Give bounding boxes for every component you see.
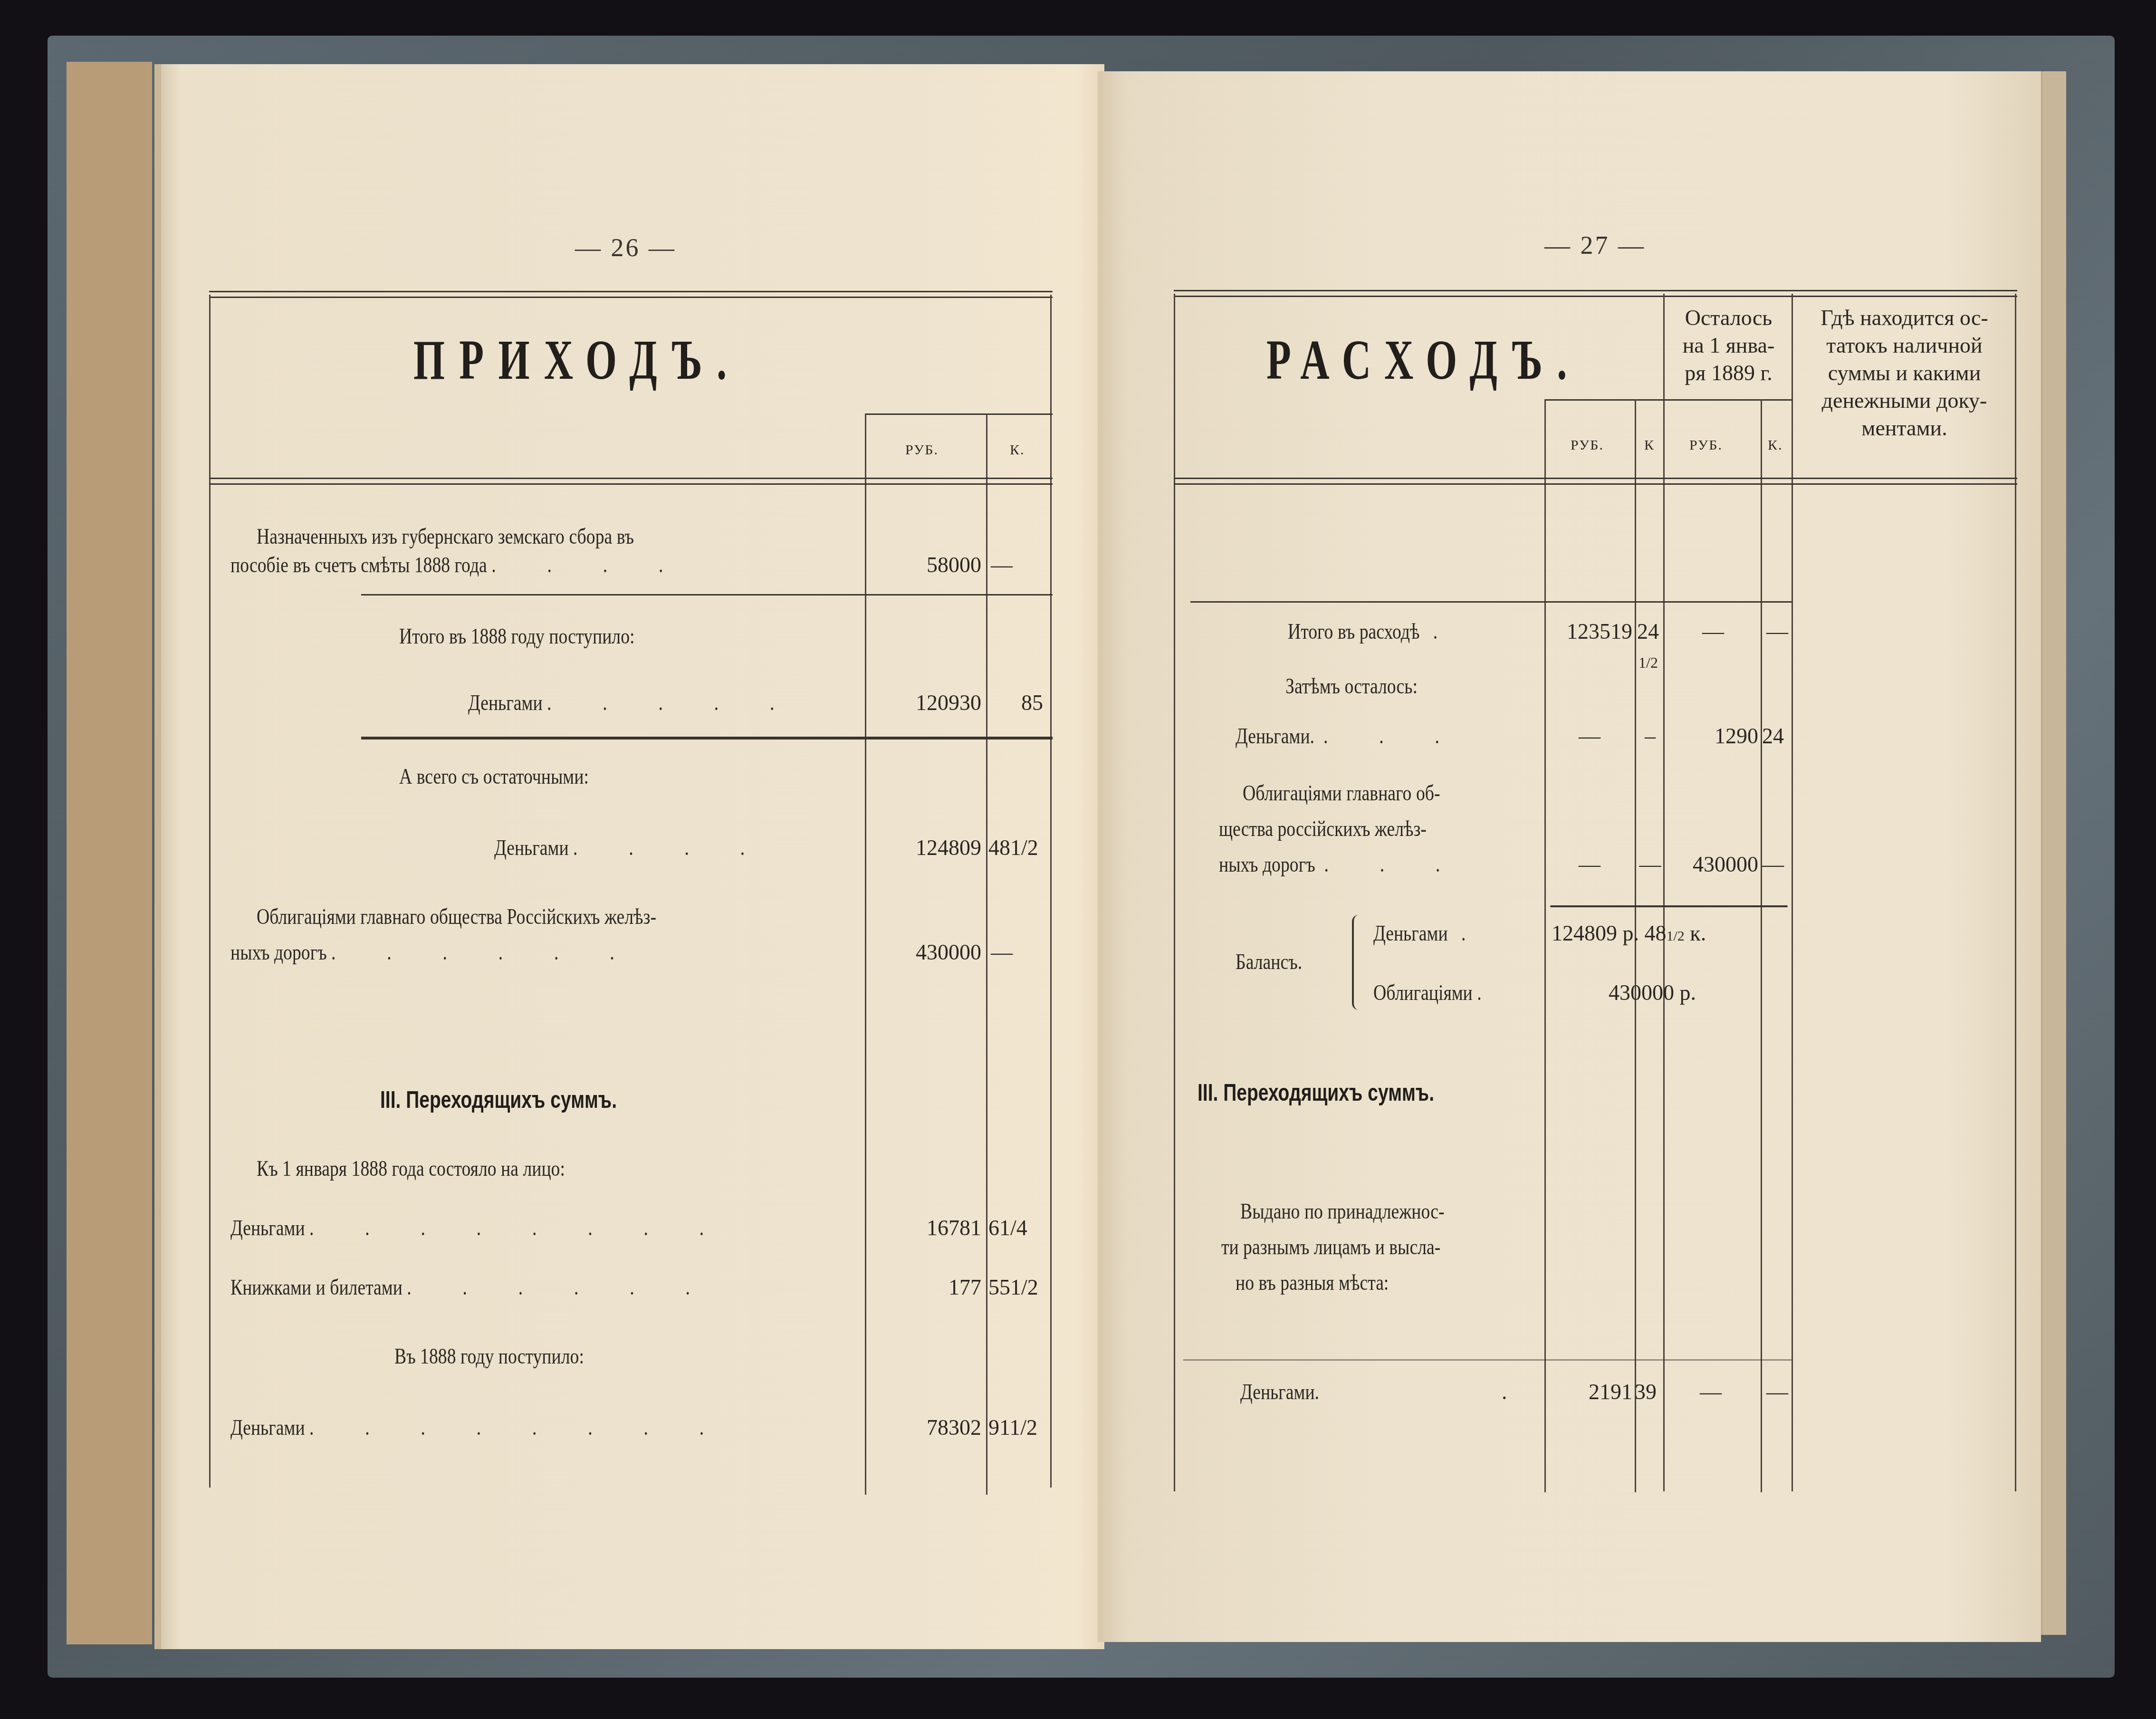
cell-rub: 16781 (870, 1214, 981, 1242)
cell-kop2: — (1763, 1378, 1792, 1406)
right-table-border-right (2015, 294, 2016, 1491)
cell-rub: — (1547, 722, 1632, 750)
left-table-top-rule (209, 291, 1053, 298)
page-number-left: — 26 — (575, 233, 676, 262)
balance-bonds-value: 430000 р. (1609, 979, 1696, 1007)
row-rule (1183, 1359, 1792, 1361)
remaining-header: Осталось на 1 янва- ря 1889 г. (1666, 304, 1792, 387)
row-rule (1190, 601, 1792, 603)
cell-kop2: — (1763, 618, 1792, 645)
row-text: Деньгами. (1240, 1378, 1319, 1406)
cell-rub: 430000 (870, 939, 981, 966)
left-col-kop-header: К. (1010, 442, 1025, 458)
row-text: щества россійскихъ желѣз- (1219, 815, 1427, 843)
row-text: Деньгами. . . . (1236, 722, 1463, 750)
section-heading: III. Переходящихъ суммъ. (380, 1086, 617, 1114)
endpaper (67, 62, 152, 1644)
cell-rub: — (1547, 851, 1632, 878)
page-edge (2041, 71, 2066, 1635)
row-text: Затѣмъ осталось: (1285, 672, 1418, 700)
cell-rub: 177 (870, 1274, 981, 1301)
cell-kop: — (991, 939, 1043, 966)
left-col-rub-divider (865, 413, 866, 1495)
section-heading: III. Переходящихъ суммъ. (1198, 1079, 1434, 1106)
cell-rub: 2191 (1547, 1378, 1632, 1406)
cell-kop: 85 (991, 689, 1043, 717)
balance-label: Балансъ. (1236, 948, 1302, 976)
cell-rub: 120930 (870, 689, 981, 717)
left-header-bottom-rule (209, 478, 1053, 485)
cell-rub: 78302 (870, 1414, 981, 1441)
row-text: ныхъ дорогъ . . . . . . (230, 939, 638, 966)
total-heading: А всего съ остаточными: (399, 763, 589, 790)
col-rub-header: РУБ. (1689, 437, 1723, 453)
row-rule (361, 594, 1053, 595)
cell-kop: – (1637, 722, 1663, 750)
cell-kop2: — (1762, 851, 1791, 878)
row-text: Деньгами . . . . . . . . (230, 1414, 727, 1441)
row-text: Книжками и билетами . . . . . . (230, 1274, 713, 1301)
row-text: ти разнымъ лицамъ и высла- (1221, 1233, 1440, 1261)
cell-kop-fraction: 1/2 (1639, 649, 1658, 676)
row-text: Деньгами . . . . . (468, 689, 798, 717)
row-text: пособіе въ счетъ смѣты 1888 года . . . . (230, 551, 687, 579)
balance-brace (1352, 915, 1363, 1010)
col-kop-header: К (1644, 437, 1655, 453)
row-text: Облигаціями главнаго об- (1243, 779, 1440, 807)
cell-rub2: 430000 (1666, 851, 1758, 878)
left-table-border-right (1050, 295, 1052, 1488)
cell-rub: 124809 (870, 834, 981, 862)
right-col-divider (1544, 399, 1546, 1492)
location-header: Гдѣ находится ос- татокъ наличной суммы … (1794, 285, 2015, 442)
row-text: Облигаціями главнаго общества Россійских… (257, 903, 656, 931)
cell-rub: 123519 (1547, 618, 1632, 645)
right-title: РАСХОДЪ. (1266, 328, 1581, 393)
cell-kop: 39 (1635, 1378, 1663, 1406)
balance-money-label: Деньгами . (1373, 920, 1466, 947)
left-table-border (209, 295, 211, 1488)
cell-kop: — (991, 551, 1043, 579)
right-col-divider (1761, 399, 1762, 1492)
cell-rub2: — (1668, 618, 1758, 645)
row-rule-thick (361, 737, 1053, 739)
right-col-divider (1663, 294, 1665, 1491)
left-header-subrule (865, 413, 1053, 415)
balance-money-value: 124809 р. 481/2 к. (1552, 920, 1706, 950)
cell-kop: 481/2 (988, 834, 1055, 862)
cell-rub2: 1290 (1666, 722, 1758, 750)
right-col-divider (1792, 294, 1793, 1491)
summary-brace (1550, 905, 1788, 907)
cell-rub: 58000 (870, 551, 981, 579)
cell-kop: 61/4 (988, 1214, 1055, 1242)
cell-rub2: — (1666, 1378, 1756, 1406)
row-text: Деньгами . . . . (494, 834, 768, 862)
row-dots: . (1502, 1378, 1507, 1406)
row-text: Выдано по принадлежнос- (1240, 1198, 1445, 1225)
right-header-subrule (1544, 399, 1792, 401)
left-title: ПРИХОДЪ. (413, 328, 741, 393)
page-number-right: — 27 — (1544, 230, 1646, 260)
right-table-border (1174, 294, 1175, 1491)
subtotal-heading: Итого въ 1888 году поступило: (399, 623, 634, 650)
cell-kop: — (1637, 851, 1663, 878)
row-text: но въ разныя мѣста: (1236, 1269, 1389, 1296)
row-text: Назначенныхъ изъ губернскаго земскаго сб… (257, 523, 634, 550)
cell-kop: 911/2 (988, 1414, 1055, 1441)
cell-kop: 551/2 (988, 1274, 1055, 1301)
right-header-bottom-rule (1174, 478, 2017, 485)
left-col-kop-divider (986, 413, 987, 1495)
col-rub-header: РУБ. (1571, 437, 1604, 453)
left-col-rub-header: РУБ. (905, 442, 939, 458)
row-text: Деньгами . . . . . . . . (230, 1214, 727, 1242)
row-text: ныхъ дорогъ . . . (1219, 851, 1464, 878)
cell-kop: 24 (1637, 618, 1663, 645)
row-text: Въ 1888 году поступило: (394, 1343, 584, 1370)
balance-bonds-label: Облигаціями . (1373, 979, 1482, 1007)
col-kop-header: К. (1768, 437, 1783, 453)
cell-kop2: 24 (1762, 722, 1791, 750)
row-text: Къ 1 января 1888 года состояло на лицо: (257, 1155, 565, 1182)
row-text: Итого въ расходѣ . (1288, 618, 1437, 645)
